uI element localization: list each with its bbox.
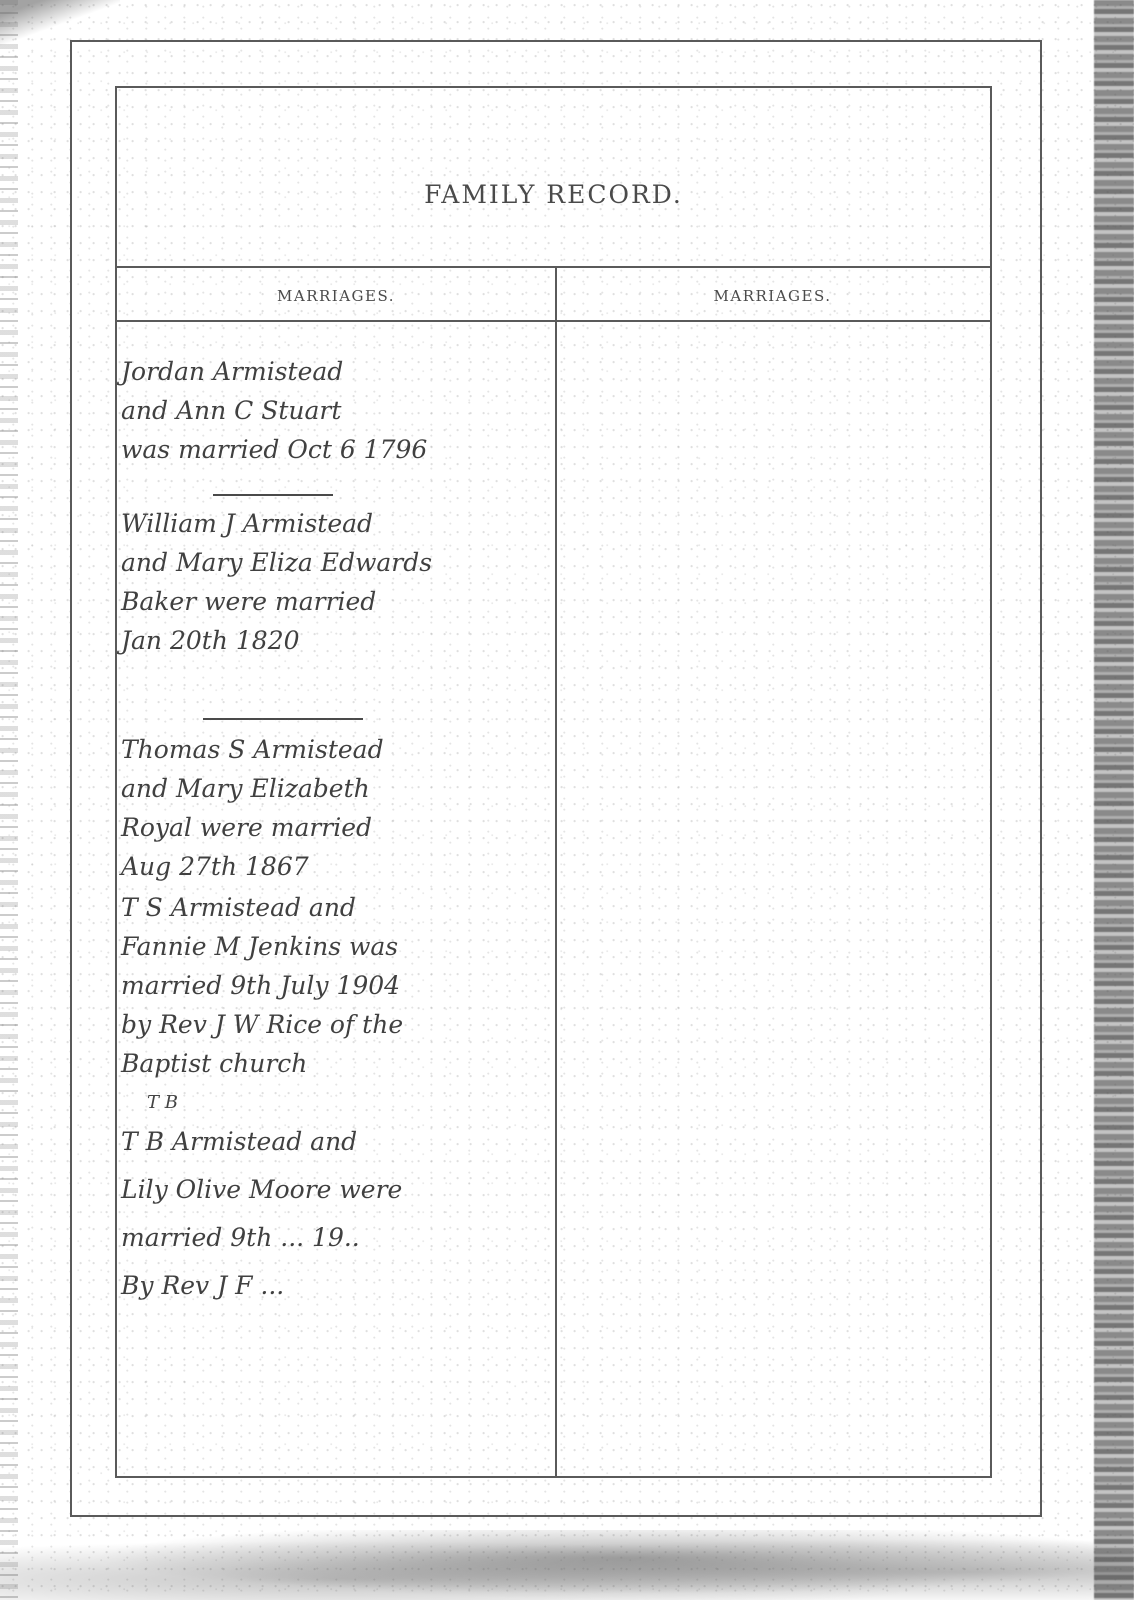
entry-line: and Ann C Stuart [121,391,551,430]
entry-initials-annotation: T B [147,1092,178,1113]
entry-line: Jordan Armistead [121,352,551,391]
entry-separator [213,494,333,496]
entry-line: Aug 27th 1867 [121,847,551,886]
page-title: FAMILY RECORD. [117,180,990,209]
entry-line: Lily Olive Moore were [121,1166,551,1214]
entry-line: Baker were married [121,582,551,621]
family-record-frame: FAMILY RECORD. MARRIAGES. MARRIAGES. Jor… [115,86,992,1478]
column-header-marriages-left: MARRIAGES. [117,276,555,316]
entry-line: married 9th July 1904 [121,966,551,1005]
entry-line: and Mary Elizabeth [121,769,551,808]
entry-line: and Mary Eliza Edwards [121,543,551,582]
entry-separator [203,718,363,720]
scan-bottom-smudge [0,1530,1134,1600]
entry-line: Thomas S Armistead [121,730,551,769]
marriages-column-left: Jordan Armistead and Ann C Stuart was ma… [117,322,553,1476]
marriage-entry: T B Armistead and Lily Olive Moore were … [117,1118,551,1310]
entry-line: Baptist church [121,1044,551,1083]
marriage-entry: Jordan Armistead and Ann C Stuart was ma… [117,352,551,469]
entry-line: Jan 20th 1820 [121,621,551,660]
entry-line: T B Armistead and [121,1118,551,1166]
entry-line: Royal were married [121,808,551,847]
entry-line: William J Armistead [121,504,551,543]
marriage-entry: Thomas S Armistead and Mary Elizabeth Ro… [117,730,551,886]
marriage-entry: T S Armistead and Fannie M Jenkins was m… [117,888,551,1083]
entry-line: Fannie M Jenkins was [121,927,551,966]
entry-line: by Rev J W Rice of the [121,1005,551,1044]
scan-edge-right [1094,0,1134,1600]
entry-line: married 9th ... 19.. [121,1214,551,1262]
entry-line: was married Oct 6 1796 [121,430,551,469]
marriage-entry: William J Armistead and Mary Eliza Edwar… [117,504,551,660]
scan-edge-left [0,0,18,1600]
entry-line: T S Armistead and [121,888,551,927]
header-rule-top [117,266,990,268]
marriages-column-right-empty [557,322,988,1476]
column-header-marriages-right: MARRIAGES. [557,276,988,316]
entry-line: By Rev J F ... [121,1262,551,1310]
